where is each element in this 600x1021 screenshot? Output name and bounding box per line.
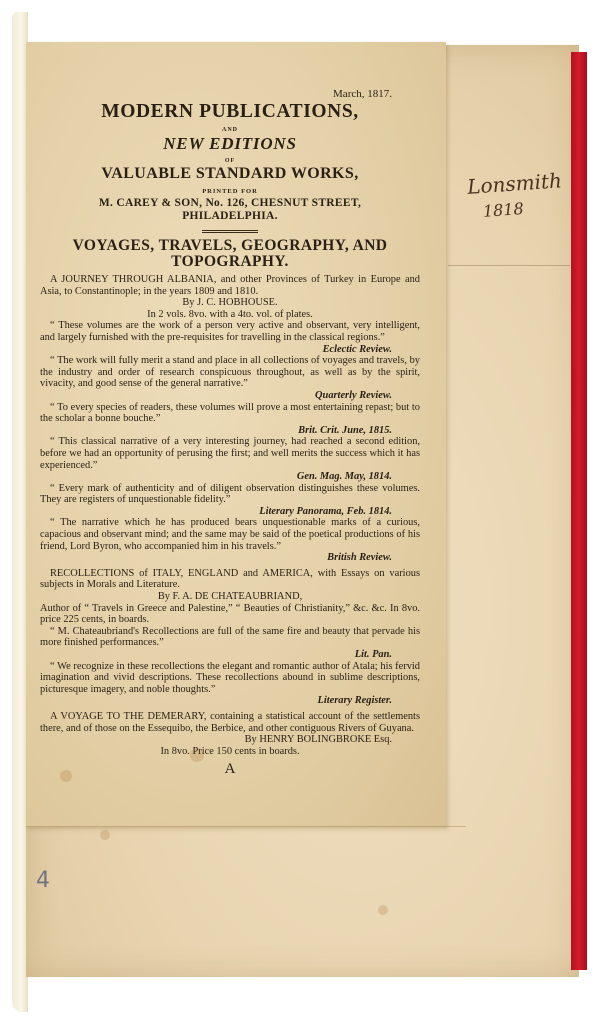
title-new-editions: NEW EDITIONS bbox=[40, 134, 420, 154]
publisher-address: M. CAREY & SON, No. 126, CHESNUT STREET, bbox=[40, 197, 420, 210]
title-of: OF bbox=[40, 158, 420, 164]
pencil-mark: 4 bbox=[36, 868, 50, 893]
double-rule-divider bbox=[202, 230, 258, 233]
ink-inscription: Lonsmith 1818 bbox=[466, 166, 579, 226]
entry-format: In 8vo. Price 150 cents in boards. bbox=[40, 746, 420, 758]
review-source: Lit. Pan. bbox=[40, 649, 420, 661]
document-body: March, 1817. MODERN PUBLICATIONS, AND NE… bbox=[40, 88, 420, 778]
review-source: Literary Register. bbox=[40, 695, 420, 707]
review-source: Brit. Crit. June, 1815. bbox=[40, 425, 420, 437]
review-source: Quarterly Review. bbox=[40, 390, 420, 402]
review-quote: “ Every mark of authenticity and of dili… bbox=[40, 483, 420, 506]
listing-entries: A JOURNEY THROUGH ALBANIA, and other Pro… bbox=[40, 274, 420, 757]
foxing-stain bbox=[378, 905, 388, 915]
entry-author: By J. C. HOBHOUSE. bbox=[40, 297, 420, 309]
review-quote: “ M. Chateaubriand's Recollections are f… bbox=[40, 626, 420, 649]
review-quote: “ We recognize in these recollections th… bbox=[40, 661, 420, 696]
leaflet-fold-crease bbox=[26, 826, 466, 839]
printed-for: PRINTED FOR bbox=[40, 188, 420, 195]
review-quote: “ To every species of readers, these vol… bbox=[40, 402, 420, 425]
entry-format: In 2 vols. 8vo. with a 4to. vol. of plat… bbox=[40, 309, 420, 321]
signature-mark: A bbox=[40, 761, 420, 778]
issue-date: March, 1817. bbox=[40, 88, 392, 100]
entry-heading: A VOYAGE TO THE DEMERARY, containing a s… bbox=[40, 711, 420, 734]
title-modern-publications: MODERN PUBLICATIONS, bbox=[40, 101, 420, 123]
review-source: Eclectic Review. bbox=[40, 344, 420, 356]
review-source: British Review. bbox=[40, 552, 420, 564]
review-quote: “ These volumes are the work of a person… bbox=[40, 320, 420, 343]
title-and: AND bbox=[40, 127, 420, 133]
inscription-area bbox=[448, 50, 570, 266]
review-quote: “ The narrative which he has produced be… bbox=[40, 517, 420, 552]
section-heading: VOYAGES, TRAVELS, GEOGRAPHY, AND bbox=[40, 238, 420, 254]
review-quote: “ This classical narrative of a very int… bbox=[40, 436, 420, 471]
publisher-city: PHILADELPHIA. bbox=[40, 210, 420, 223]
entry-heading: A JOURNEY THROUGH ALBANIA, and other Pro… bbox=[40, 274, 420, 297]
entry-format: Author of “ Travels in Greece and Palest… bbox=[40, 603, 420, 626]
review-source: Gen. Mag. May, 1814. bbox=[40, 471, 420, 483]
section-heading-cont: TOPOGRAPHY. bbox=[40, 254, 420, 270]
foxing-stain bbox=[100, 830, 110, 840]
entry-author: By F. A. DE CHATEAUBRIAND, bbox=[40, 591, 420, 603]
review-source: Literary Panorama, Feb. 1814. bbox=[40, 506, 420, 518]
entry-author: By HENRY BOLINGBROKE Esq. bbox=[40, 734, 420, 746]
review-quote: “ The work will fully merit a stand and … bbox=[40, 355, 420, 390]
entry-heading: RECOLLECTIONS of ITALY, ENGLAND and AMER… bbox=[40, 568, 420, 591]
title-valuable-works: VALUABLE STANDARD WORKS, bbox=[40, 165, 420, 183]
